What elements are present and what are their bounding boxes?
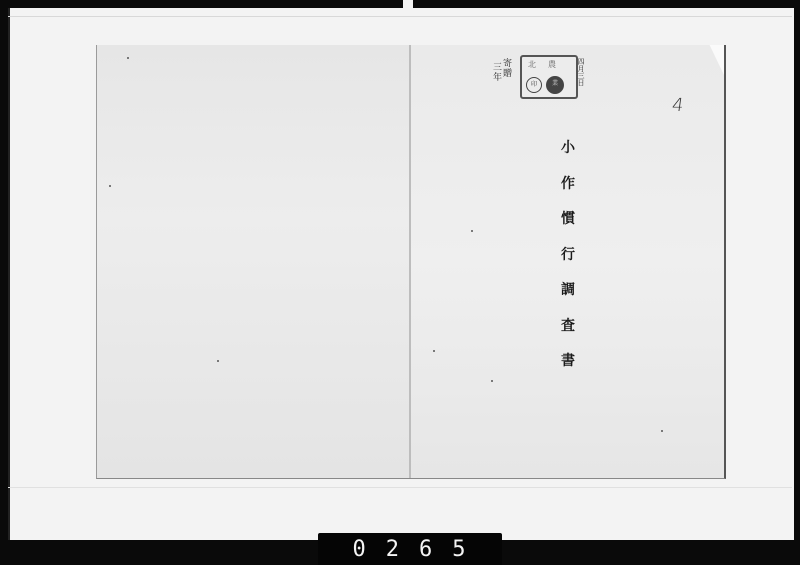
frame-notch [403,0,413,10]
stamp-header: 農 [548,59,556,70]
counter-digit: 5 [452,537,467,562]
speck [217,360,219,362]
seal-icon: 業 [546,76,564,94]
handwritten-note: 三年 [490,62,503,82]
speck [491,380,493,382]
stamp-date: 四月三日 [576,58,586,86]
frame-counter: 0 2 6 5 [318,533,502,565]
left-page [96,45,411,479]
frame-guide-line [8,16,792,17]
receipt-stamp: 北 農 印 業 [520,55,578,99]
title-char: 慣 [561,209,575,245]
speck [433,350,435,352]
title-char: 査 [561,316,575,352]
title-char: 作 [561,174,575,210]
title-char: 小 [561,138,575,174]
counter-digit: 2 [386,537,401,562]
title-char: 行 [561,245,575,281]
title-char: 調 [561,280,575,316]
speck [661,430,663,432]
counter-digit: 0 [353,537,368,562]
title-char: 書 [561,351,575,387]
stamp-header: 北 [528,59,536,70]
speck [471,230,473,232]
frame-guide-line [8,487,792,488]
counter-digit: 6 [419,537,434,562]
speck [109,185,111,187]
page-gutter [409,45,411,478]
seal-icon: 印 [526,77,542,93]
speck [127,57,129,59]
document-title: 小 作 慣 行 調 査 書 [553,138,583,387]
